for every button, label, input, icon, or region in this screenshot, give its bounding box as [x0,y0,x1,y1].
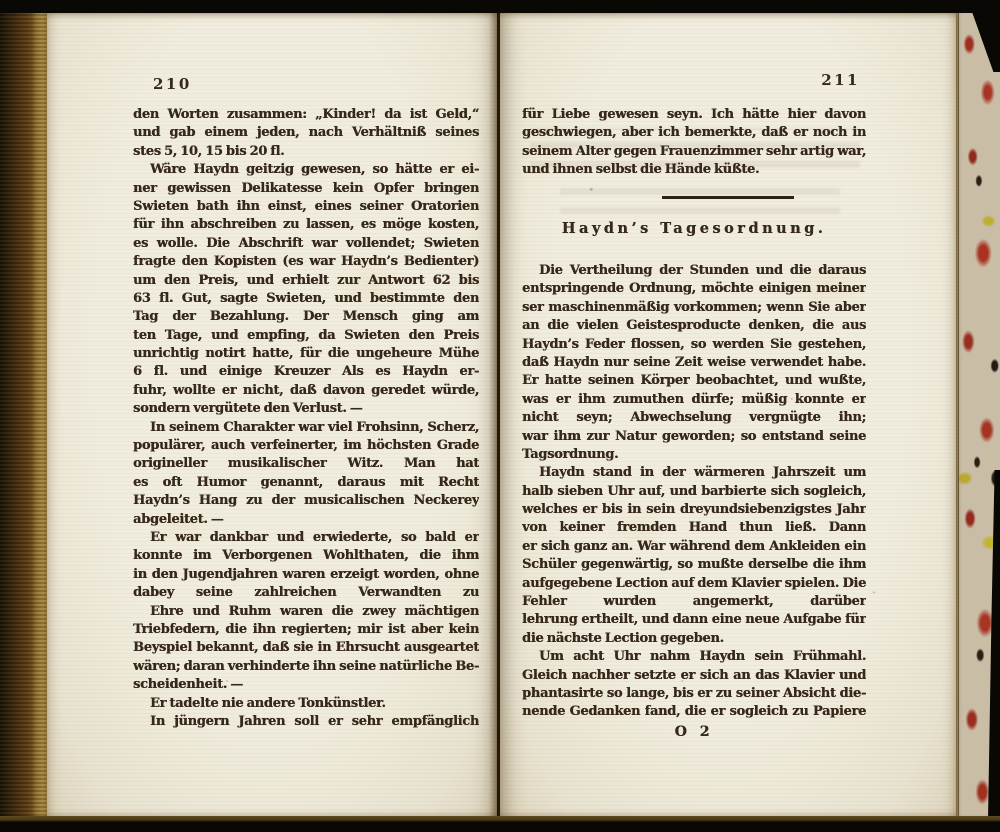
show-through-text [560,188,840,214]
text-line: Die Vertheilung der Stunden und die dara… [522,262,866,280]
text-line: für ihn abschreiben zu lassen, es möge k… [133,216,479,234]
text-line: Fehler wurden angemerkt, darüber grammat… [522,593,866,611]
book-scan: 210 den Worten zusammen: „Kinder! da ist… [0,0,1000,832]
left-page-text: den Worten zusammen: „Kinder! da ist Gel… [133,106,479,731]
text-line: fragte den Kopisten (es war Haydn’s Bedi… [133,253,479,271]
text-line: sondern vergütete den Verlust. — [133,400,479,418]
text-line: ser maschinenmäßig vorkommen; wenn Sie a… [522,299,866,317]
text-line: Haydn stand in der wärmeren Jahrszeit um [522,464,866,482]
text-line: aufgegebene Lection auf dem Klavier spie… [522,575,866,593]
text-line: Triebfedern, die ihn regierten; mir ist … [133,621,479,639]
text-line: was er ihm zumuthen dürfe; müßig konnte … [522,391,866,409]
text-line: wären; daran verhinderte ihn seine natür… [133,658,479,676]
scanner-background-bottom [0,816,1000,832]
text-line: In seinem Charakter war viel Frohsinn, S… [133,419,479,437]
text-line: dabey seine zahlreichen Verwandten zu ve… [133,584,479,602]
text-line: 63 fl. Gut, sagte Swieten, und bestimmte… [133,290,479,308]
text-line: Swieten bath ihn einst, eines seiner Ora… [133,198,479,216]
text-line: Haydn’s Feder flossen, so werden Sie ges… [522,336,866,354]
text-line: phantasirte so lange, bis er zu seiner A… [522,685,866,703]
page-number-left: 210 [153,75,192,93]
text-line: populärer, auch verfeinerter, im höchste… [133,437,479,455]
text-line: in den Jugendjahren waren erzeigt worden… [133,566,479,584]
left-page: 210 den Worten zusammen: „Kinder! da ist… [47,12,497,818]
text-line: stes 5, 10, 15 bis 20 fl. [133,143,479,161]
text-line: scheidenheit. — [133,676,479,694]
text-line: lehrung ertheilt, und dann eine neue Auf… [522,611,866,629]
scanner-background-top [0,0,1000,13]
text-line: Gleich nachher setzte er sich an das Kla… [522,667,866,685]
text-line: unrichtig notirt hatte, für die ungeheur… [133,345,479,363]
page-number-right: 211 [522,71,866,89]
right-page-intro-text: für Liebe gewesen seyn. Ich hätte hier d… [522,106,866,180]
text-line: ner gewissen Delikatesse kein Opfer brin… [133,180,479,198]
text-line: Haydn’s Hang zu der musicalischen Necker… [133,492,479,510]
text-line: entspringende Ordnung, möchte einigen me… [522,280,866,298]
text-line: den Worten zusammen: „Kinder! da ist Gel… [133,106,479,124]
text-line: von keiner fremden Hand thun ließ. Dann … [522,519,866,537]
text-line: Ehre und Ruhm waren die zwey mächtigen [133,603,479,621]
text-line: Wäre Haydn geitzig gewesen, so hätte er … [133,161,479,179]
text-line: In jüngern Jahren soll er sehr empfängli… [133,713,479,731]
text-line: Er hatte seinen Körper beobachtet, und w… [522,372,866,390]
text-line: welches er bis in sein dreyundsiebenzigs… [522,501,866,519]
section-heading: Haydn’s Tagesordnung. [522,220,866,237]
text-line: für Liebe gewesen seyn. Ich hätte hier d… [522,106,866,124]
text-line: fuhr, wollte er nicht, daß davon geredet… [133,382,479,400]
text-line: Tagsordnung. [522,446,866,464]
leather-binding-edge [0,10,48,820]
right-page-body-text: Die Vertheilung der Stunden und die dara… [522,262,866,722]
text-line: war ihm zur Natur geworden; so entstand … [522,428,866,446]
text-line: er sich ganz an. War während dem Ankleid… [522,538,866,556]
signature-mark: O 2 [522,724,866,740]
text-line: Um acht Uhr nahm Haydn sein Frühmahl. [522,648,866,666]
text-line: nicht seyn; Abwechselung vergnügte ihn; … [522,409,866,427]
text-line: konnte im Verborgenen Wohlthaten, die ih… [133,547,479,565]
text-line: geschwiegen, aber ich bemerkte, daß er n… [522,124,866,142]
text-line: seinem Alter gegen Frauenzimmer sehr art… [522,143,866,161]
text-line: Schüler gegenwärtig, so mußte derselbe d… [522,556,866,574]
text-line: Tag der Bezahlung. Der Mensch ging am be… [133,308,479,326]
text-line: ten Tage, und empfing, da Swieten den Pr… [133,327,479,345]
text-line: um den Preis, und erhielt zur Antwort 62… [133,272,479,290]
text-line: Er tadelte nie andere Tonkünstler. [133,695,479,713]
text-line: die nächste Lection gegeben. [522,630,866,648]
text-line: nende Gedanken fand, die er sogleich zu … [522,703,866,721]
right-page: 211 für Liebe gewesen seyn. Ich hätte hi… [500,12,956,818]
text-line: und gab einem jeden, nach Verhältniß sei… [133,124,479,142]
text-line: abgeleitet. — [133,511,479,529]
text-line: es oft Humor genannt, daraus mit Recht [133,474,479,492]
section-divider-rule [662,196,794,199]
text-line: es wolle. Die Abschrift war vollendet; S… [133,235,479,253]
text-line: origineller musikalischer Witz. Man hat [133,455,479,473]
text-line: daß Haydn nur seine Zeit weise verwendet… [522,354,866,372]
text-line: 6 fl. und einige Kreuzer Als es Haydn er… [133,363,479,381]
text-line: und ihnen selbst die Hände küßte. [522,161,866,179]
text-line: halb sieben Uhr auf, und barbierte sich … [522,483,866,501]
text-line: Er war dankbar und erwiederte, so bald e… [133,529,479,547]
text-line: Beyspiel bekannt, daß sie in Ehrsucht au… [133,639,479,657]
text-line: an die vielen Geistesproducte denken, di… [522,317,866,335]
